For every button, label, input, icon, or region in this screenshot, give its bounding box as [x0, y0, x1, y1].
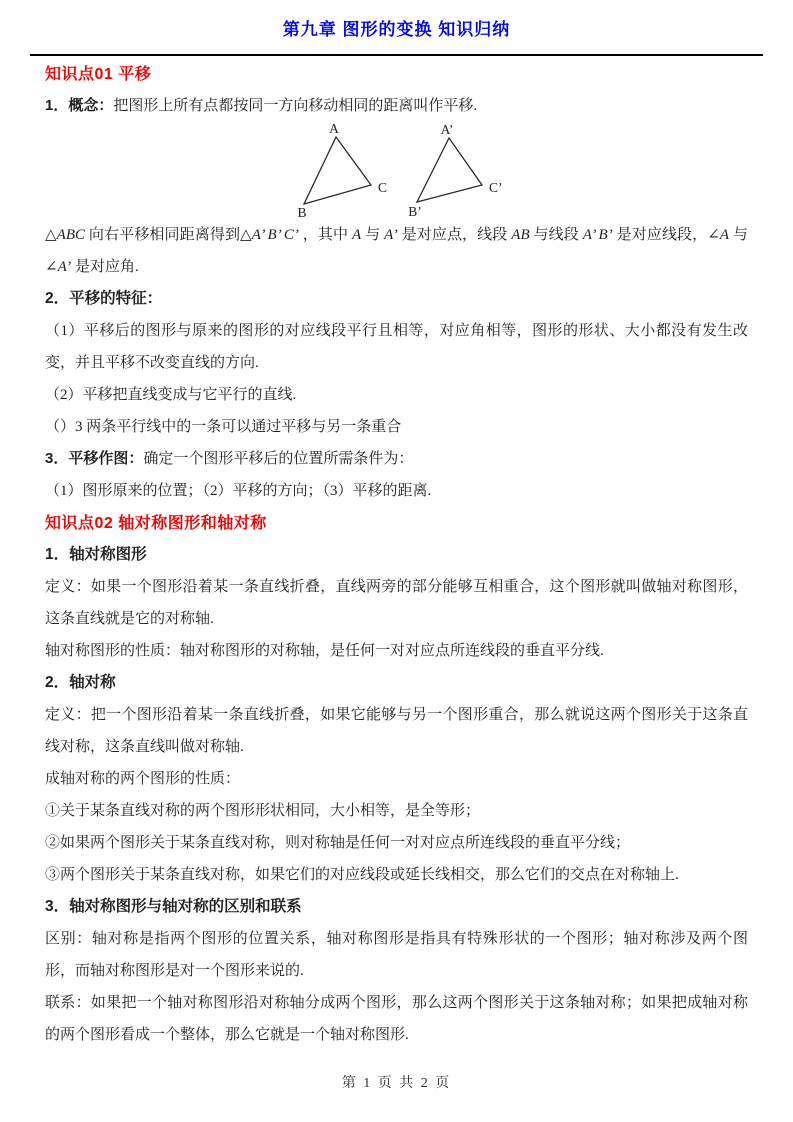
drawing-conditions: （1）图形原来的位置；（2）平移的方向；（3）平移的距离. — [45, 475, 748, 507]
vertex-label-a-prime: A’ — [441, 122, 454, 137]
vertex-label-c: C — [378, 180, 387, 195]
vertex-label-b: B — [297, 205, 306, 219]
text-run: A’ — [58, 259, 72, 275]
vertex-label-b-prime: B’ — [408, 204, 422, 219]
translation-description: △ABC 向右平移相同距离得到△A’ B’ C’ ，其中 A 与 A’ 是对应点… — [45, 219, 748, 283]
text-run: △A’ B’ C’ — [240, 227, 299, 243]
page-number: 第 1 页 共 2 页 — [0, 1072, 793, 1092]
translation-figure: A B C A’ B’ C’ — [45, 122, 748, 219]
text-run: A’ — [384, 227, 398, 243]
axial-figure-property: 轴对称图形的性质：轴对称图形的对称轴，是任何一对对应点所连线段的垂直平分线. — [45, 635, 748, 667]
text-run: 与 — [361, 227, 384, 243]
text-run: 1．概念： — [45, 97, 113, 114]
title-divider — [30, 54, 763, 56]
triangle-abc-prime-outline — [417, 138, 482, 202]
difference-paragraph: 区别：轴对称是指两个图形的位置关系，轴对称图形是指具有特殊形状的一个图形；轴对称… — [45, 923, 748, 987]
kp01-heading: 知识点01 平移 — [45, 60, 748, 90]
axial-symmetry-heading: 2．轴对称 — [45, 667, 748, 699]
text-run: A — [720, 227, 729, 243]
text-run: 是对应线段，∠ — [613, 227, 720, 243]
text-run: 是对应点，线段 — [398, 227, 512, 243]
axial-figure-heading: 1．轴对称图形 — [45, 539, 748, 571]
feature-item-2: （2）平移把直线变成与它平行的直线. — [45, 379, 748, 411]
kp02-heading: 知识点02 轴对称图形和轴对称 — [45, 509, 748, 539]
text-run: ，其中 — [299, 227, 352, 243]
triangle-abc: A B C — [297, 122, 387, 219]
text-run: 确定一个图形平移后的位置所需条件为： — [143, 451, 413, 467]
symmetry-property-2: ②如果两个图形关于某条直线对称，则对称轴是任何一对对应点所连线段的垂直平分线； — [45, 827, 748, 859]
drawing-heading: 3．平移作图：确定一个图形平移后的位置所需条件为： — [45, 443, 748, 475]
feature-item-1: （1）平移后的图形与原来的图形的对应线段平行且相等，对应角相等，图形的形状、大小… — [45, 315, 748, 379]
axial-symmetry-property-heading: 成轴对称的两个图形的性质： — [45, 763, 748, 795]
triangles-svg: A B C A’ B’ C’ — [289, 122, 504, 219]
vertex-label-a: A — [329, 122, 339, 136]
text-run: A’ B’ — [583, 227, 613, 243]
document-page: 第九章 图形的变换 知识归纳 知识点01 平移 1．概念：把图形上所有点都按同一… — [0, 0, 793, 1051]
text-run: 与线段 — [530, 227, 583, 243]
link-paragraph: 联系：如果把一个轴对称图形沿对称轴分成两个图形，那么这两个图形关于这条轴对称；如… — [45, 987, 748, 1051]
text-run: 把图形上所有点都按同一方向移动相同的距离叫作平移. — [113, 98, 477, 114]
text-run: 向右平移相同距离得到 — [85, 227, 240, 243]
text-run: △ABC — [45, 227, 85, 243]
axial-figure-definition: 定义：如果一个图形沿着某一条直线折叠，直线两旁的部分能够互相重合，这个图形就叫做… — [45, 571, 748, 635]
page-title: 第九章 图形的变换 知识归纳 — [45, 14, 748, 46]
text-run: AB — [511, 227, 529, 243]
symmetry-property-1: ①关于某条直线对称的两个图形形状相同，大小相等，是全等形； — [45, 795, 748, 827]
text-run: 3．平移作图： — [45, 450, 143, 467]
difference-link-heading: 3．轴对称图形与轴对称的区别和联系 — [45, 891, 748, 923]
text-run: 是对应角. — [71, 259, 139, 275]
axial-symmetry-definition: 定义：把一个图形沿着某一条直线折叠，如果它能够与另一个图形重合，那么就说这两个图… — [45, 699, 748, 763]
concept-paragraph: 1．概念：把图形上所有点都按同一方向移动相同的距离叫作平移. — [45, 90, 748, 122]
text-run: A — [352, 227, 361, 243]
triangle-a-prime-b-prime-c-prime: A’ B’ C’ — [408, 122, 502, 219]
vertex-label-c-prime: C’ — [489, 180, 503, 195]
triangle-abc-outline — [304, 137, 371, 204]
features-heading: 2．平移的特征： — [45, 283, 748, 315]
symmetry-property-3: ③两个图形关于某条直线对称，如果它们的对应线段或延长线相交，那么它们的交点在对称… — [45, 859, 748, 891]
feature-item-3: （）3 两条平行线中的一条可以通过平移与另一条重合 — [45, 411, 748, 443]
